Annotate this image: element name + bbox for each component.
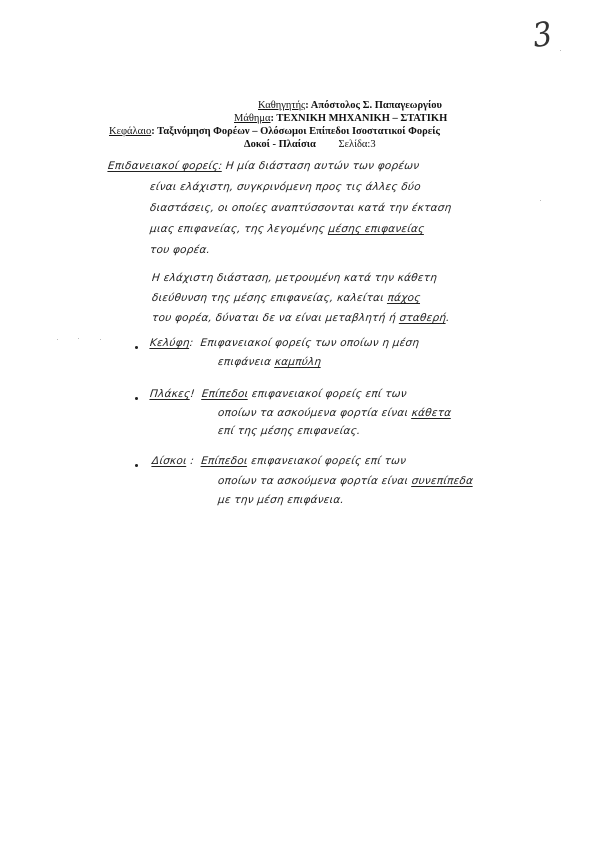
thickness-line-3: του φορέα, δύναται δε να είναι μεταβλητή… bbox=[151, 312, 450, 324]
separator: : bbox=[190, 455, 195, 467]
item-text: Επιφανειακοί φορείς των οποίων η μέση bbox=[200, 337, 420, 349]
planar-term: Επίπεδοι bbox=[201, 455, 249, 467]
definition-line-1: Επιδανειακοί φορείς: Η μία διάσταση αυτώ… bbox=[107, 160, 419, 172]
item-shells-line-2: επιφάνεια καμπύλη bbox=[217, 356, 321, 368]
instructor-name: : Απόστολος Σ. Παπαγεωργίου bbox=[305, 100, 442, 111]
mid-surface-term: μέσης επιφανείας bbox=[328, 223, 425, 235]
scan-speck bbox=[560, 50, 561, 51]
item-text: επιφανειακοί φορείς επί των bbox=[247, 455, 407, 467]
item-text: επιφάνεια bbox=[217, 356, 275, 368]
item-text: επιφανειακοί φορείς επί των bbox=[248, 388, 408, 400]
thickness-line-2: διεύθυνση της μέσης επιφανείας, καλείται… bbox=[151, 292, 421, 304]
planar-term: Επίπεδοι bbox=[201, 388, 249, 400]
item-text: οποίων τα ασκούμενα φορτία είναι bbox=[217, 407, 412, 419]
scan-speck bbox=[78, 338, 79, 339]
item-shells-line-1: Κελύφη: Επιφανειακοί φορείς των οποίων η… bbox=[149, 337, 419, 349]
item-plates-line-1: Πλάκες! Επίπεδοι επιφανειακοί φορείς επί… bbox=[149, 388, 407, 400]
item-plates-line-2: οποίων τα ασκούμενα φορτία είναι κάθετα bbox=[217, 407, 452, 419]
separator: : bbox=[189, 337, 194, 349]
definition-text: μιας επιφανείας, της λεγομένης bbox=[149, 223, 329, 235]
thickness-text: του φορέα, δύναται δε να είναι μεταβλητή… bbox=[151, 312, 400, 324]
definition-line-4: μιας επιφανείας, της λεγομένης μέσης επι… bbox=[149, 223, 425, 235]
definition-line-2: είναι ελάχιστη, συγκρινόμενη προς τις άλ… bbox=[149, 181, 421, 193]
header-instructor: Καθηγητής: Απόστολος Σ. Παπαγεωργίου bbox=[258, 100, 442, 111]
bullet bbox=[135, 346, 138, 349]
definition-text: Η μία διάσταση αυτών των φορέων bbox=[222, 160, 420, 172]
handwritten-page-number: 3 bbox=[530, 15, 554, 56]
separator: ! bbox=[190, 388, 196, 400]
scan-speck bbox=[100, 339, 101, 340]
instructor-label: Καθηγητής bbox=[258, 100, 305, 111]
curved-term: καμπύλη bbox=[274, 356, 322, 368]
definition-line-3: διαστάσεις, οι οποίες αναπτύσσονται κατά… bbox=[149, 202, 452, 214]
item-discs-line-3: με την μέση επιφάνεια. bbox=[217, 494, 344, 506]
definition-term: Επιδανειακοί φορείς: bbox=[107, 160, 223, 172]
chapter-subtitle: Δοκοί - Πλαίσια bbox=[244, 139, 316, 150]
item-discs-line-1: Δίσκοι : Επίπεδοι επιφανειακοί φορείς επ… bbox=[151, 455, 406, 467]
constant-term: σταθερή bbox=[399, 312, 447, 324]
header-chapter-sub: Δοκοί - Πλαίσια Σελίδα:3 bbox=[244, 139, 376, 150]
item-text: οποίων τα ασκούμενα φορτία είναι bbox=[217, 475, 412, 487]
scan-speck bbox=[540, 200, 541, 201]
scan-speck bbox=[57, 339, 58, 340]
perpendicular-term: κάθετα bbox=[411, 407, 452, 419]
thickness-term: πάχος bbox=[387, 292, 421, 304]
thickness-line-1: Η ελάχιστη διάσταση, μετρουμένη κατά την… bbox=[151, 272, 437, 284]
header-course: Μάθημα: ΤΕΧΝΙΚΗ ΜΗΧΑΝΙΚΗ – ΣΤΑΤΙΚΗ bbox=[234, 113, 447, 124]
document-page: 3 Καθηγητής: Απόστολος Σ. Παπαγεωργίου Μ… bbox=[0, 0, 595, 842]
header-chapter: Κεφάλαιο: Ταξινόμηση Φορέων – Ολόσωμοι Ε… bbox=[109, 126, 440, 137]
page-label: Σελίδα:3 bbox=[339, 139, 376, 150]
definition-line-5: του φορέα. bbox=[149, 244, 210, 256]
course-name: : ΤΕΧΝΙΚΗ ΜΗΧΑΝΙΚΗ – ΣΤΑΤΙΚΗ bbox=[271, 113, 448, 124]
item-plates-line-3: επί της μέσης επιφανείας. bbox=[217, 425, 361, 437]
item-term: Δίσκοι bbox=[151, 455, 187, 467]
bullet bbox=[135, 397, 138, 400]
course-label: Μάθημα bbox=[234, 113, 271, 124]
period: . bbox=[446, 312, 451, 324]
bullet bbox=[135, 464, 138, 467]
item-term: Κελύφη bbox=[149, 337, 190, 349]
chapter-name: : Ταξινόμηση Φορέων – Ολόσωμοι Επίπεδοι … bbox=[151, 126, 440, 137]
coplanar-term: συνεπίπεδα bbox=[411, 475, 474, 487]
item-discs-line-2: οποίων τα ασκούμενα φορτία είναι συνεπίπ… bbox=[217, 475, 473, 487]
chapter-label: Κεφάλαιο bbox=[109, 126, 151, 137]
thickness-text: διεύθυνση της μέσης επιφανείας, καλείται bbox=[151, 292, 388, 304]
item-term: Πλάκες bbox=[149, 388, 191, 400]
